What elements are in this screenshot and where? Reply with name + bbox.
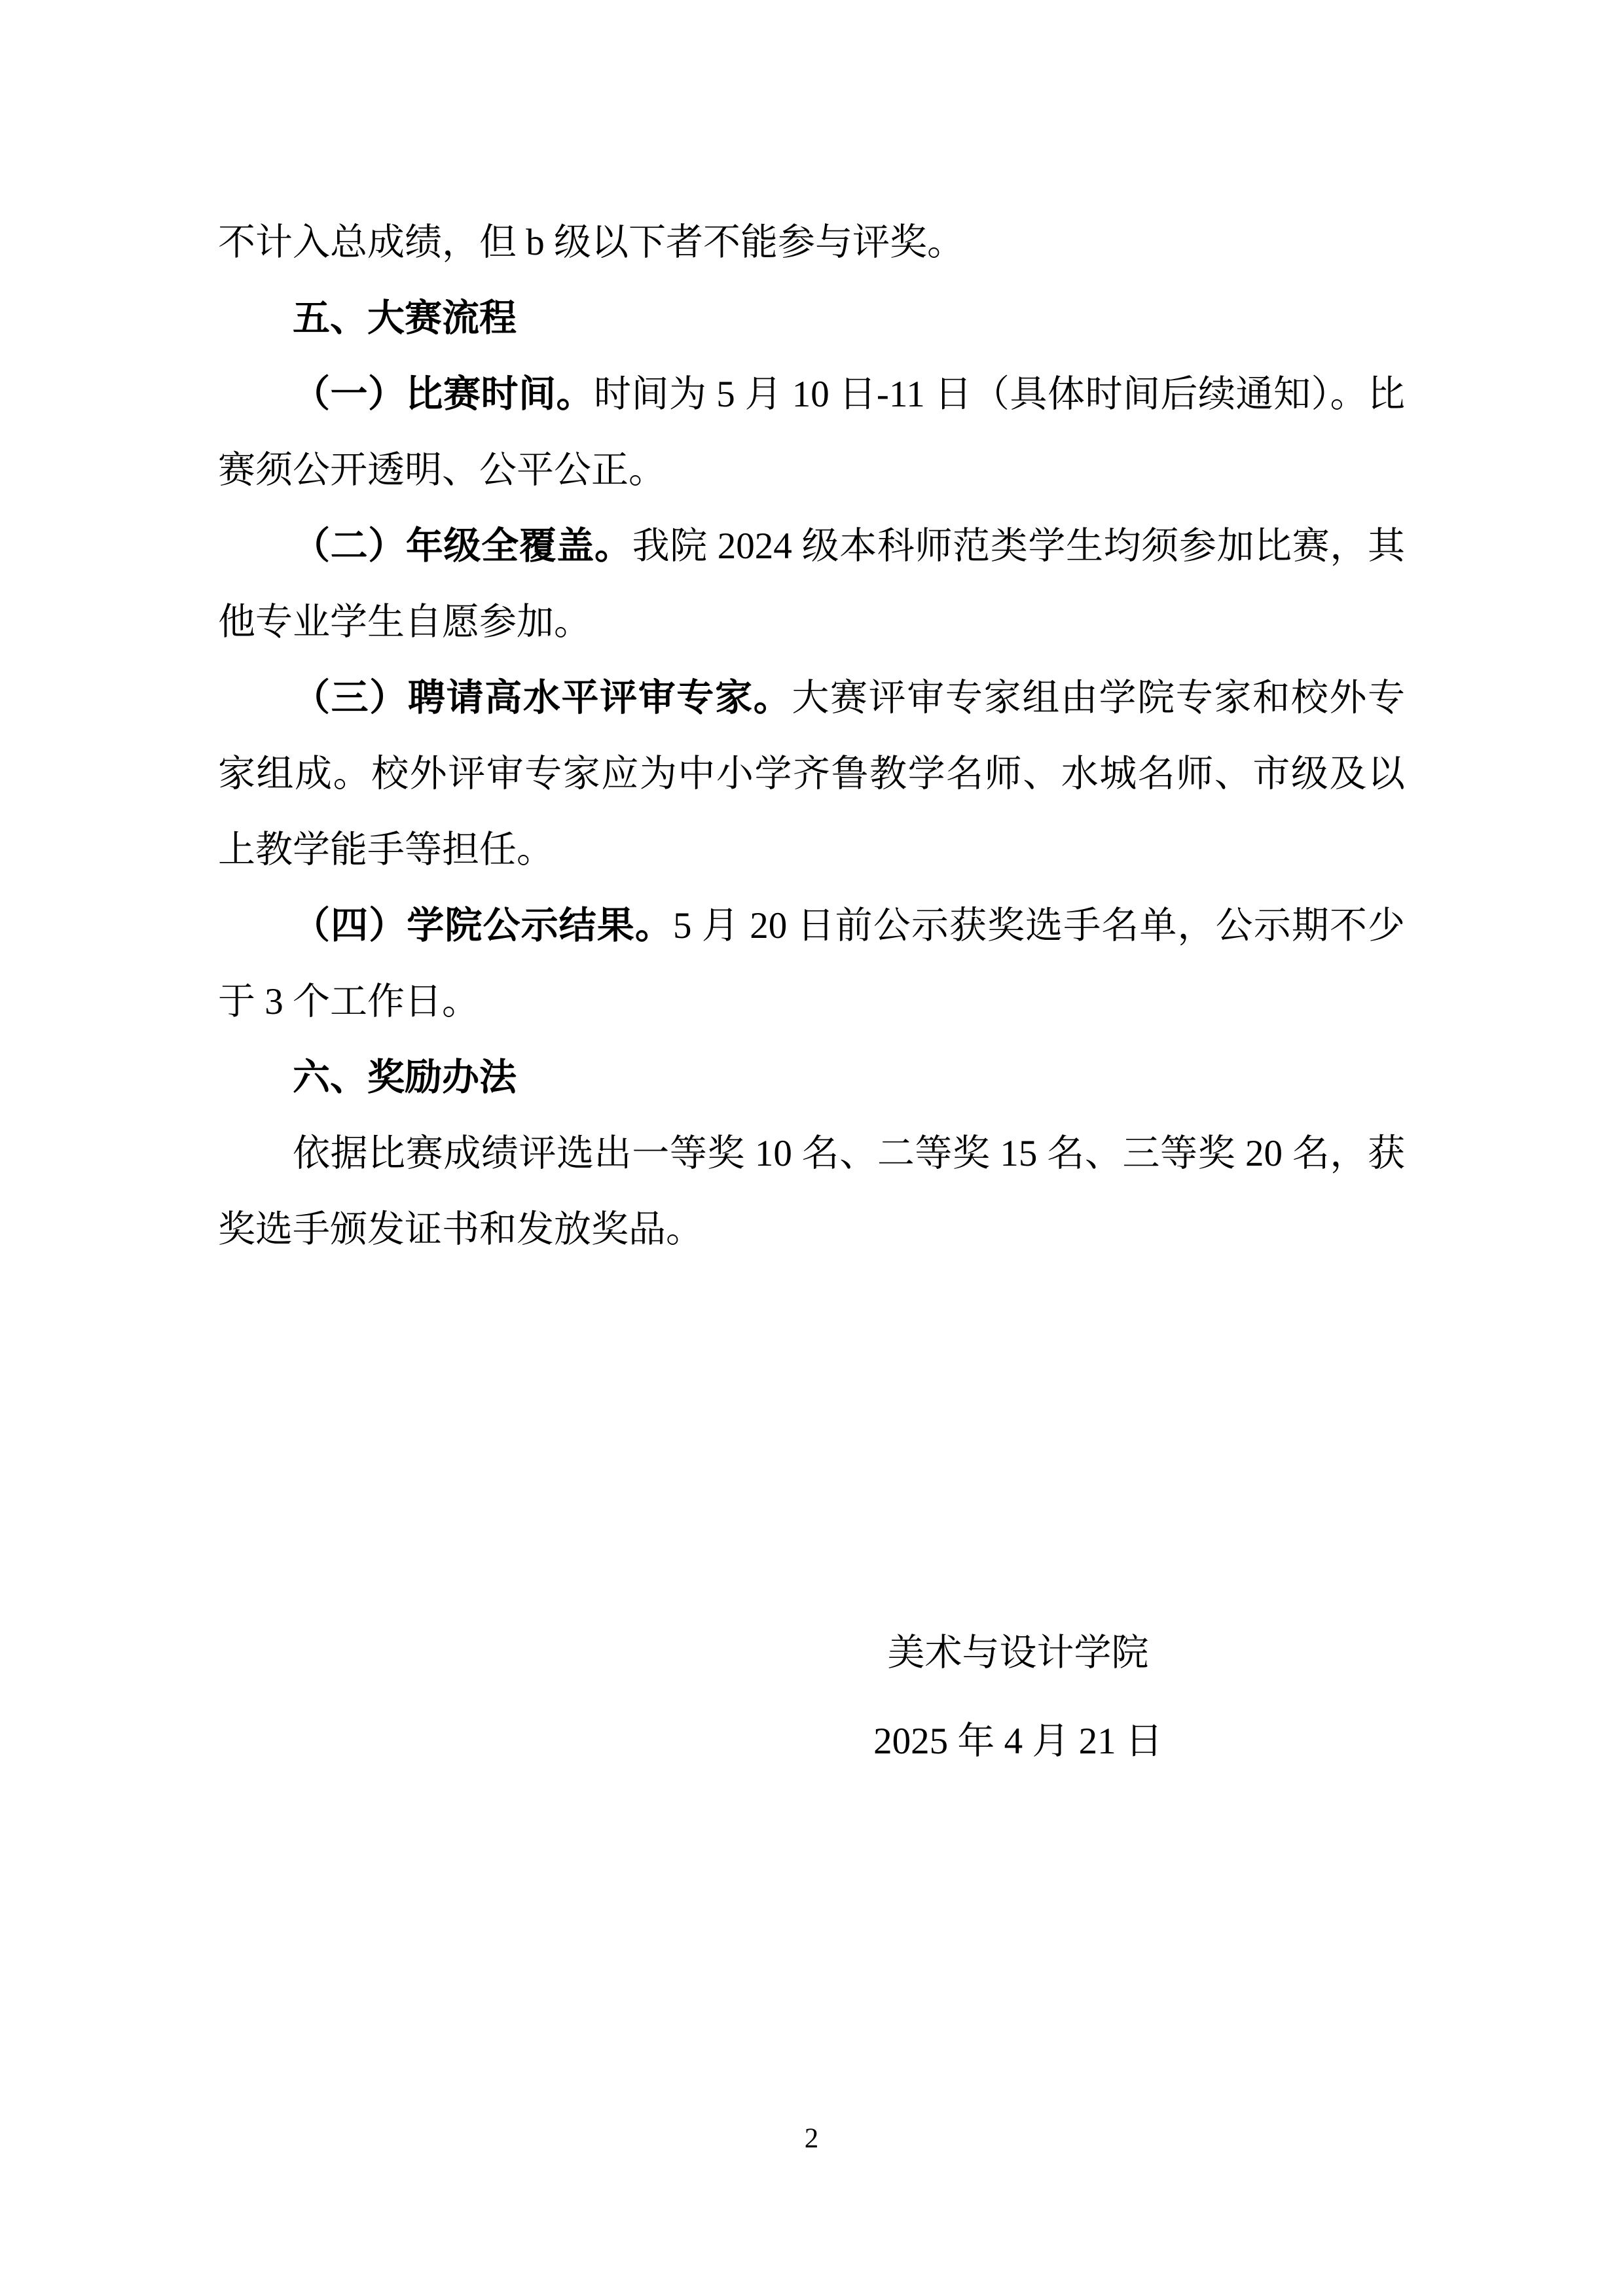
paragraph: （一）比赛时间。时间为 5 月 10 日-11 日（具体时间后续通知）。比赛须公… [218,357,1405,509]
paragraph: （三）聘请高水平评审专家。大赛评审专家组由学院专家和校外专家组成。校外评审专家应… [218,660,1405,888]
paragraph: （二）年级全覆盖。我院 2024 级本科师范类学生均须参加比赛，其他专业学生自愿… [218,509,1405,660]
paragraph-lead: （四）学院公示结果。 [293,905,673,946]
section-heading-text: 六、奖励办法 [293,1057,517,1098]
paragraph-lead: （三）聘请高水平评审专家。 [293,677,792,719]
section-heading-text: 五、大赛流程 [293,298,517,339]
section-heading: 五、大赛流程 [218,281,1405,357]
signature-date: 2025 年 4 月 21 日 [750,1697,1286,1785]
page-number: 2 [0,2125,1623,2153]
document-page: 不计入总成绩，但 b 级以下者不能参与评奖。 五、大赛流程 （一）比赛时间。时间… [0,0,1623,2296]
signature-block: 美术与设计学院 2025 年 4 月 21 日 [750,1609,1286,1785]
document-body: 不计入总成绩，但 b 级以下者不能参与评奖。 五、大赛流程 （一）比赛时间。时间… [218,205,1405,1268]
paragraph: 不计入总成绩，但 b 级以下者不能参与评奖。 [218,205,1405,281]
signature-organization: 美术与设计学院 [750,1609,1286,1697]
paragraph-text: 依据比赛成绩评选出一等奖 10 名、二等奖 15 名、三等奖 20 名，获奖选手… [218,1133,1405,1250]
paragraph-text: 不计入总成绩，但 b 级以下者不能参与评奖。 [218,222,964,263]
section-heading: 六、奖励办法 [218,1040,1405,1116]
paragraph-lead: （二）年级全覆盖。 [293,526,632,567]
paragraph: 依据比赛成绩评选出一等奖 10 名、二等奖 15 名、三等奖 20 名，获奖选手… [218,1116,1405,1268]
paragraph-lead: （一）比赛时间。 [293,374,594,415]
paragraph: （四）学院公示结果。5 月 20 日前公示获奖选手名单，公示期不少于 3 个工作… [218,888,1405,1040]
